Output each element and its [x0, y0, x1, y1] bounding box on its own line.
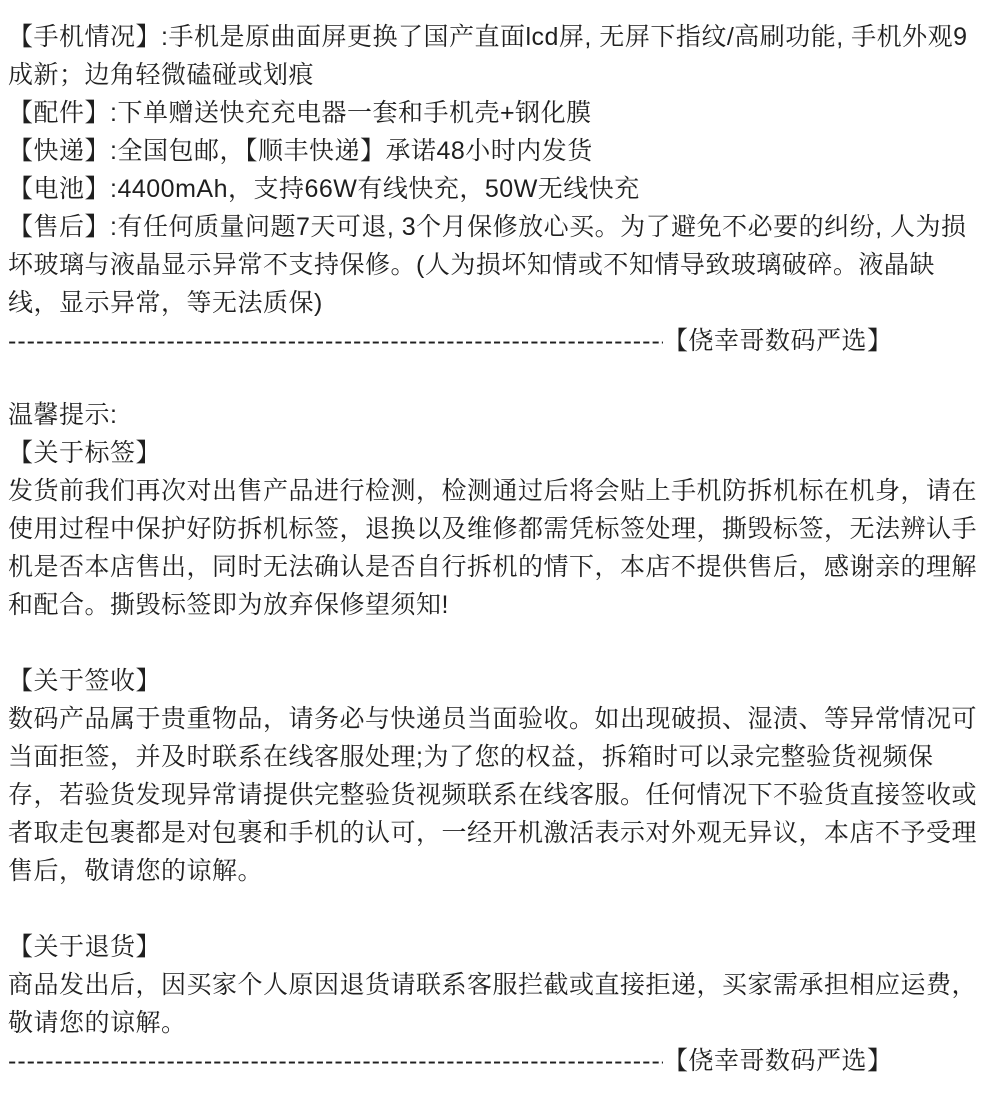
- notice-section-label-heading: 【关于标签】: [8, 434, 984, 472]
- detail-after-sales-value: :有任何质量问题7天可退, 3个月保修放心买。为了避免不必要的纠纷, 人为损坏玻…: [8, 213, 967, 317]
- notice-section-label: 【关于标签】 发货前我们再次对出售产品进行检测，检测通过后将会贴上手机防拆机标在…: [8, 434, 984, 624]
- divider-dashes: ----------------------------------------…: [8, 322, 663, 360]
- notice-section-label-body: 发货前我们再次对出售产品进行检测，检测通过后将会贴上手机防拆机标在机身，请在使用…: [8, 472, 984, 624]
- notice-title: 温馨提示:: [8, 396, 984, 434]
- detail-phone-condition-label: 【手机情况】: [8, 23, 161, 51]
- detail-after-sales: 【售后】:有任何质量问题7天可退, 3个月保修放心买。为了避免不必要的纠纷, 人…: [8, 208, 984, 322]
- notice-section-receipt-heading: 【关于签收】: [8, 662, 984, 700]
- notice-section-receipt-body: 数码产品属于贵重物品，请务必与快递员当面验收。如出现破损、湿渍、等异常情况可当面…: [8, 700, 984, 890]
- store-signature-divider-bottom: ----------------------------------------…: [8, 1042, 984, 1080]
- notice: 温馨提示: 【关于标签】 发货前我们再次对出售产品进行检测，检测通过后将会贴上手…: [8, 396, 984, 1042]
- detail-after-sales-label: 【售后】: [8, 213, 110, 241]
- store-signature-divider-top: ----------------------------------------…: [8, 322, 984, 360]
- divider-dashes: ----------------------------------------…: [8, 1042, 663, 1080]
- notice-section-returns-body: 商品发出后，因买家个人原因退货请联系客服拦截或直接拒递，买家需承担相应运费，敬请…: [8, 966, 984, 1042]
- detail-shipping-label: 【快递】: [8, 137, 110, 165]
- detail-accessories: 【配件】:下单赠送快充充电器一套和手机壳+钢化膜: [8, 94, 984, 132]
- detail-accessories-value: :下单赠送快充充电器一套和手机壳+钢化膜: [110, 99, 592, 127]
- detail-shipping-value: :全国包邮，【顺丰快递】承诺48小时内发货: [110, 137, 593, 165]
- notice-section-returns: 【关于退货】 商品发出后，因买家个人原因退货请联系客服拦截或直接拒递，买家需承担…: [8, 928, 984, 1042]
- detail-battery-label: 【电池】: [8, 175, 110, 203]
- product-details: 【手机情况】:手机是原曲面屏更换了国产直面lcd屏, 无屏下指纹/高刷功能, 手…: [8, 18, 984, 322]
- detail-shipping: 【快递】:全国包邮，【顺丰快递】承诺48小时内发货: [8, 132, 984, 170]
- detail-battery-value: :4400mAh，支持66W有线快充，50W无线快充: [110, 175, 640, 203]
- notice-section-returns-heading: 【关于退货】: [8, 928, 984, 966]
- notice-section-receipt: 【关于签收】 数码产品属于贵重物品，请务必与快递员当面验收。如出现破损、湿渍、等…: [8, 662, 984, 890]
- detail-accessories-label: 【配件】: [8, 99, 110, 127]
- store-signature: 【侥幸哥数码严选】: [663, 1042, 893, 1080]
- product-description-page: 【手机情况】:手机是原曲面屏更换了国产直面lcd屏, 无屏下指纹/高刷功能, 手…: [0, 0, 990, 1105]
- detail-phone-condition: 【手机情况】:手机是原曲面屏更换了国产直面lcd屏, 无屏下指纹/高刷功能, 手…: [8, 18, 984, 94]
- store-signature: 【侥幸哥数码严选】: [663, 322, 893, 360]
- detail-battery: 【电池】:4400mAh，支持66W有线快充，50W无线快充: [8, 170, 984, 208]
